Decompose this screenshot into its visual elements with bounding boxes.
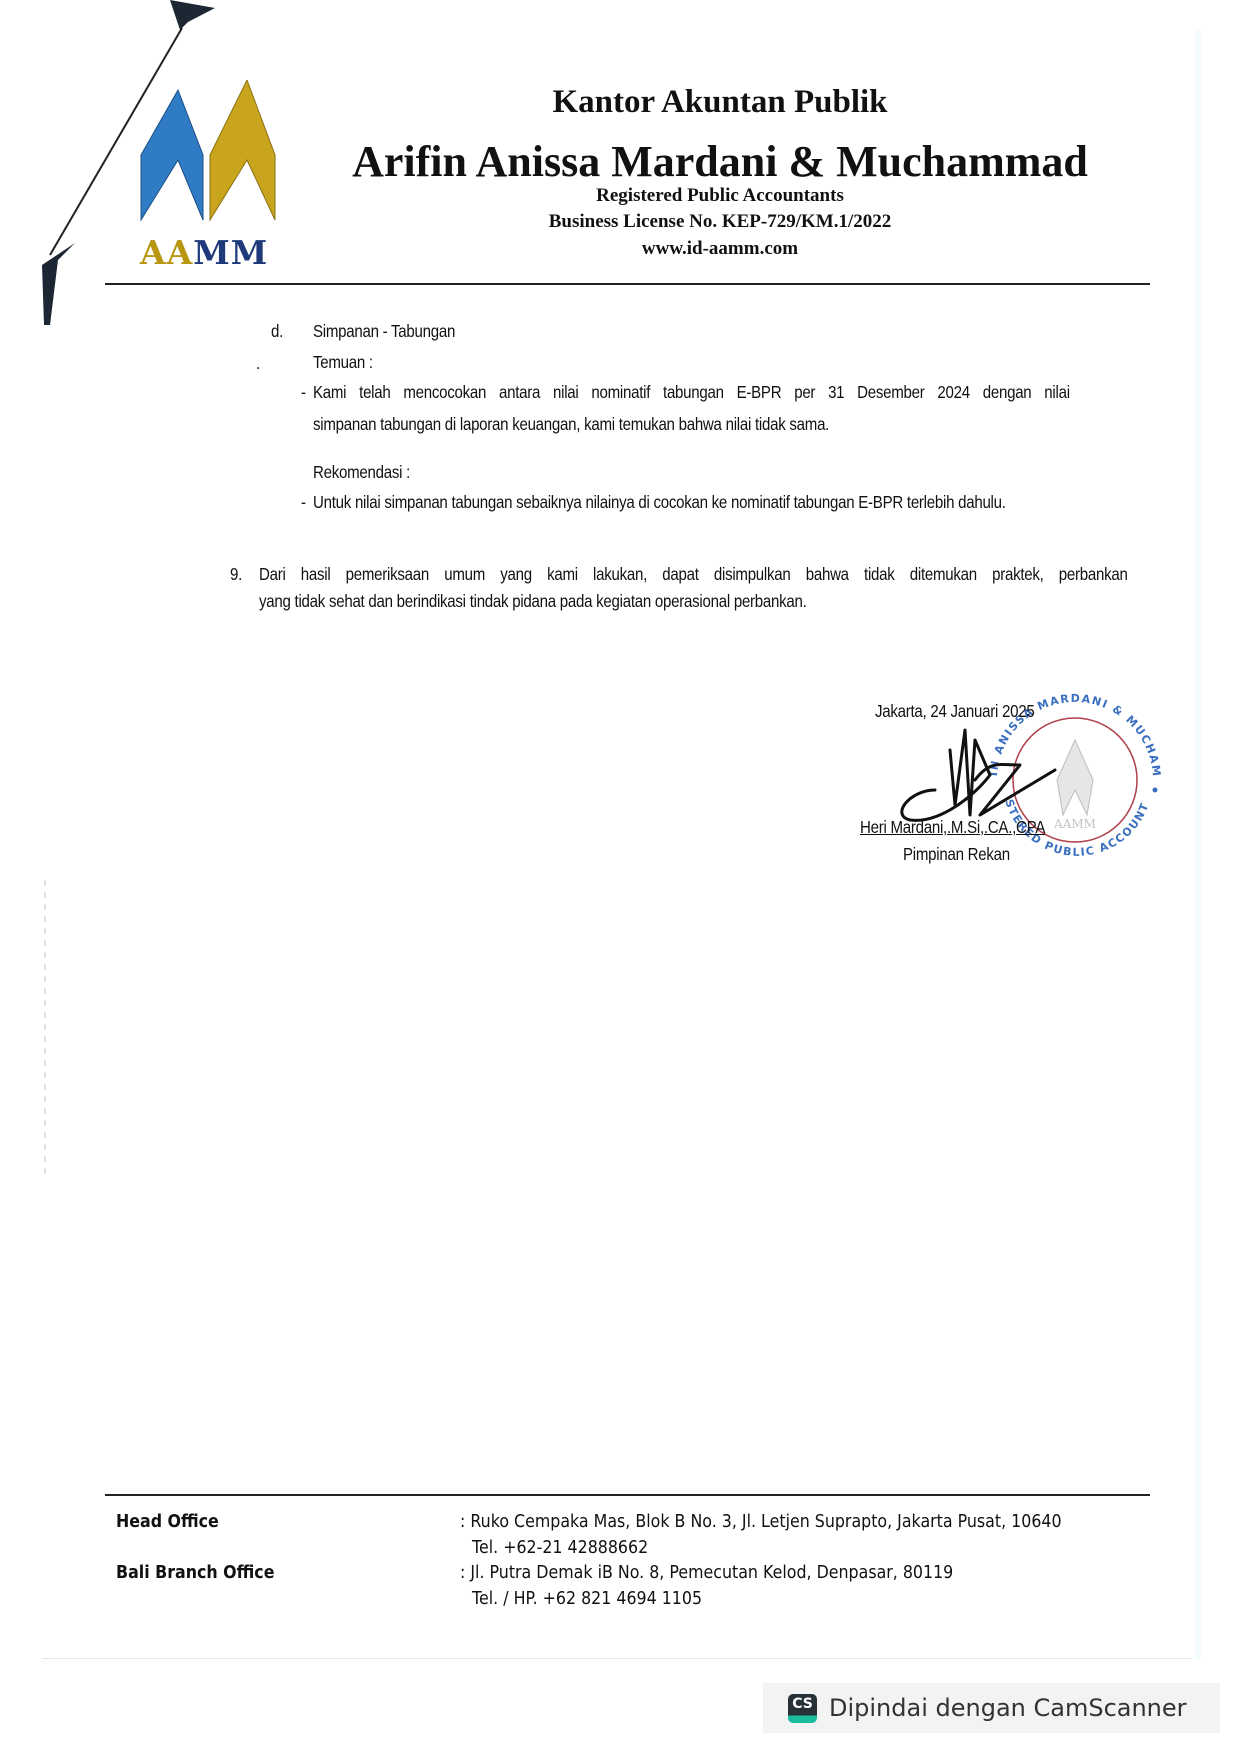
camscanner-logo-icon: CS xyxy=(788,1694,817,1723)
section-marker: d. xyxy=(271,320,283,342)
branch-office-phone: Tel. / HP. +62 821 4694 1105 xyxy=(472,1587,702,1611)
recommendation-bullet: - xyxy=(301,491,306,513)
head-office-label: Head Office xyxy=(116,1510,219,1534)
business-license: Business License No. KEP-729/KM.1/2022 xyxy=(300,211,1140,233)
section-title: Simpanan - Tabungan xyxy=(313,320,455,342)
place-date: Jakarta, 24 Januari 2025 xyxy=(875,700,1034,722)
camscanner-label: Dipindai dengan CamScanner xyxy=(829,1694,1187,1722)
header-divider xyxy=(105,283,1150,285)
handwritten-signature-icon xyxy=(880,720,1060,830)
recommendation-text: Untuk nilai simpanan tabungan sebaiknya … xyxy=(313,491,1006,513)
recommendation-label: Rekomendasi : xyxy=(313,461,410,483)
finding-text-line2: simpanan tabungan di laporan keuangan, k… xyxy=(313,413,829,435)
head-office-phone: Tel. +62-21 42888662 xyxy=(472,1536,648,1560)
finding-label: Temuan : xyxy=(313,351,373,373)
branch-office-address: : Jl. Putra Demak iB No. 8, Pemecutan Ke… xyxy=(460,1561,953,1585)
signatory-name: Heri Mardani,.M.Si,.CA.,CPA xyxy=(860,816,1045,838)
website-link[interactable]: www.id-aamm.com xyxy=(300,238,1140,260)
camscanner-watermark: CS Dipindai dengan CamScanner xyxy=(763,1683,1220,1733)
conclusion-number: 9. xyxy=(230,563,242,585)
office-type: Kantor Akuntan Publik xyxy=(300,84,1140,121)
logo-wordmark: AAMM xyxy=(140,233,268,272)
footer-divider xyxy=(105,1494,1150,1496)
conclusion-line1: Dari hasil pemeriksaan umum yang kami la… xyxy=(259,563,1128,585)
firm-name: Arifin Anissa Mardani & Muchammad xyxy=(300,136,1140,187)
signatory-title: Pimpinan Rekan xyxy=(903,843,1010,865)
page-edge-left xyxy=(44,880,46,1180)
finding-text-line1: Kami telah mencocokan antara nilai nomin… xyxy=(313,381,1070,403)
branch-office-label: Bali Branch Office xyxy=(116,1561,274,1585)
page-edge-right xyxy=(1195,30,1201,1660)
page-bottom-edge xyxy=(42,1658,1192,1659)
conclusion-line2: yang tidak sehat dan berindikasi tindak … xyxy=(259,590,807,612)
head-office-address: : Ruko Cempaka Mas, Blok B No. 3, Jl. Le… xyxy=(460,1510,1062,1534)
registration: Registered Public Accountants xyxy=(300,185,1140,207)
finding-bullet: - xyxy=(301,381,306,403)
stray-mark: . xyxy=(256,352,260,374)
